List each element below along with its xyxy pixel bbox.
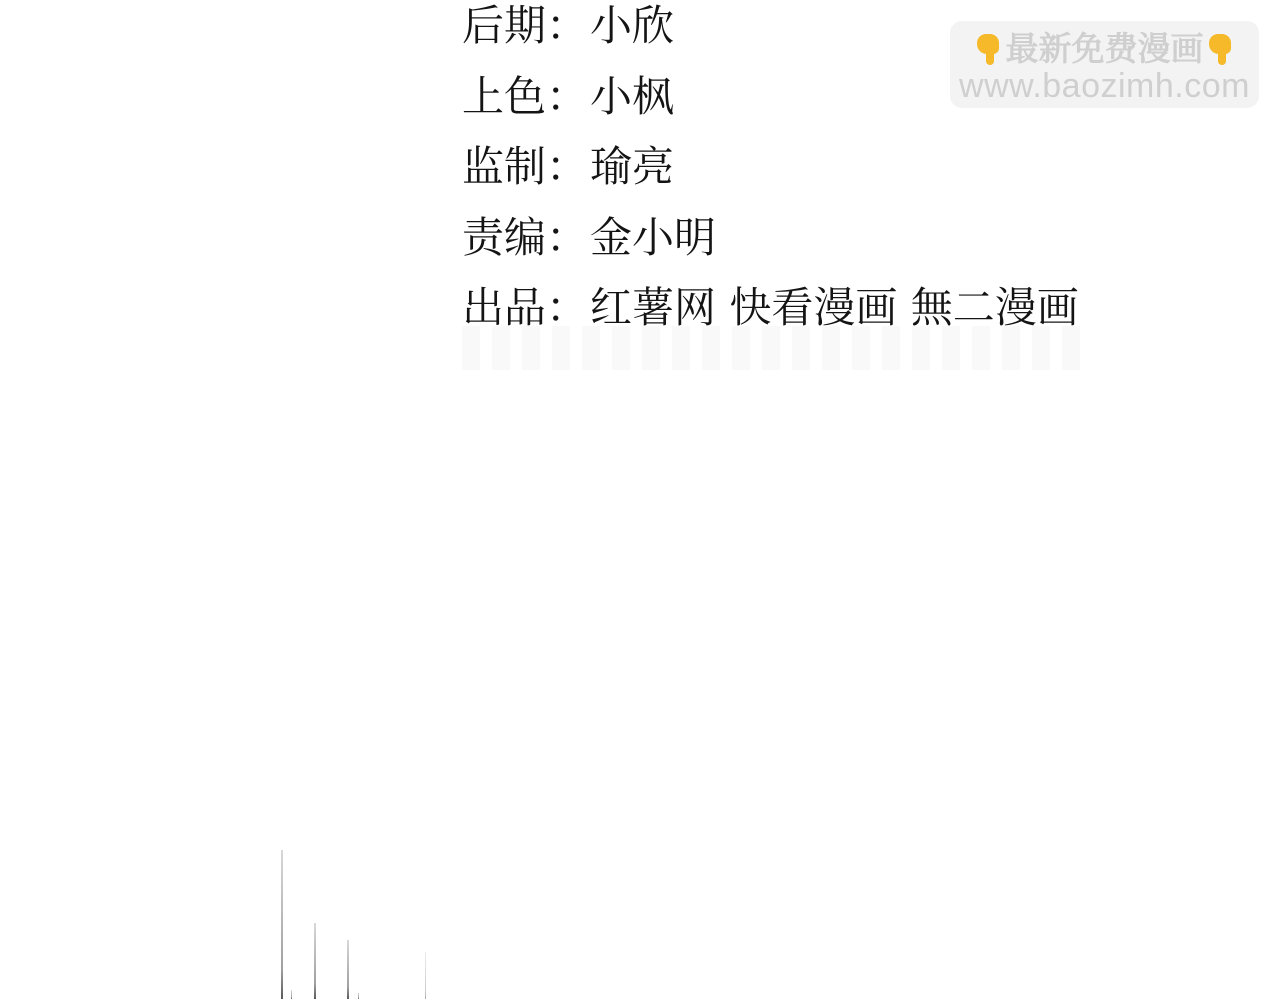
pointing-down-hand-icon [1206, 31, 1236, 67]
watermark-headline: 最新免费漫画 [950, 29, 1259, 69]
comic-page: 后期： 小欣 上色： 小枫 监制： 瑜亮 责编： 金小明 出品： 红薯网 快看漫… [0, 0, 1280, 999]
credit-label: 上色： [462, 64, 590, 124]
pointing-down-hand-icon [974, 31, 1004, 67]
credit-value: 小欣 [590, 0, 674, 53]
vertical-line-artifact [291, 990, 292, 999]
credit-value: 金小明 [590, 205, 716, 265]
vertical-line-artifact [281, 850, 283, 999]
faded-text-artifact [462, 326, 1082, 370]
vertical-line-artifact [425, 952, 426, 999]
credit-value: 小枫 [590, 64, 674, 124]
watermark-banner[interactable]: 最新免费漫画 www.baozimh.com [950, 21, 1259, 108]
watermark-url[interactable]: www.baozimh.com [950, 69, 1259, 103]
credit-label: 后期： [462, 0, 590, 53]
credit-row-editor: 责编： 金小明 [462, 200, 1079, 271]
vertical-line-artifact [358, 993, 359, 999]
credit-row-supervisor: 监制： 瑜亮 [462, 129, 1079, 200]
credit-label: 责编： [462, 205, 590, 265]
vertical-line-artifact [347, 940, 349, 999]
credit-value: 瑜亮 [590, 134, 674, 194]
watermark-headline-text: 最新免费漫画 [1006, 29, 1204, 69]
vertical-line-artifact [314, 923, 316, 999]
credit-label: 监制： [462, 134, 590, 194]
